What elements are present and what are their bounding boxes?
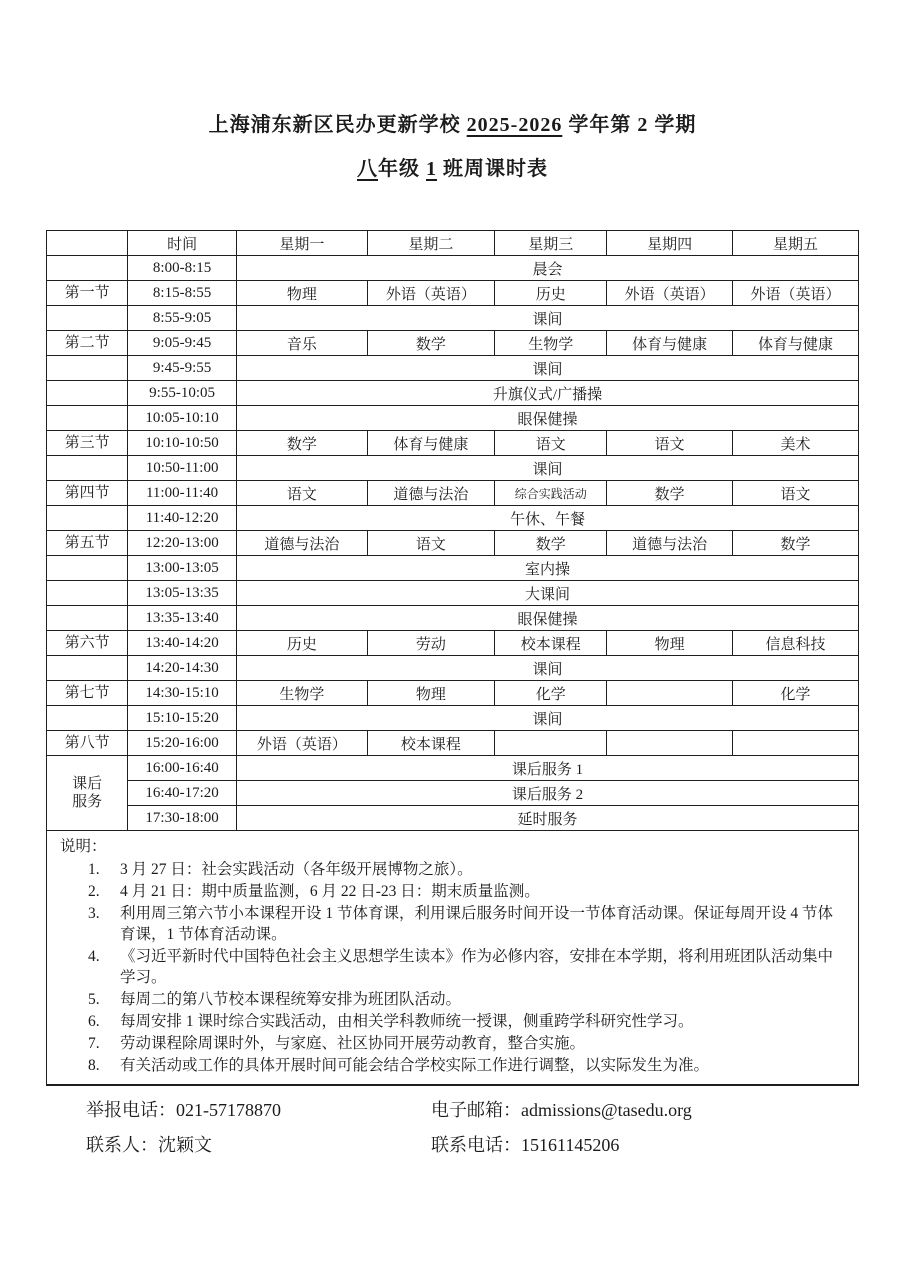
timetable-row: 10:50-11:00课间 — [47, 456, 859, 481]
timetable-row: 第七节14:30-15:10生物学物理化学化学 — [47, 681, 859, 706]
timetable-row: 14:20-14:30课间 — [47, 656, 859, 681]
document-title-line2: 八年级 1 班周课时表 — [46, 156, 859, 182]
time-cell: 9:45-9:55 — [128, 356, 237, 381]
section-cell: 第一节 — [47, 281, 128, 306]
header-cell: 星期四 — [607, 231, 733, 256]
time-cell: 13:40-14:20 — [128, 631, 237, 656]
subject-cell: 综合实践活动 — [495, 481, 607, 506]
merged-activity-cell: 晨会 — [236, 256, 858, 281]
subject-cell: 音乐 — [236, 331, 367, 356]
time-cell: 12:20-13:00 — [128, 531, 237, 556]
timetable-row: 10:05-10:10眼保健操 — [47, 406, 859, 431]
header-cell — [47, 231, 128, 256]
section-cell — [47, 256, 128, 281]
timetable-row: 第二节9:05-9:45音乐数学生物学体育与健康体育与健康 — [47, 331, 859, 356]
title-underlined-grade: 八 — [357, 158, 378, 180]
time-cell: 14:20-14:30 — [128, 656, 237, 681]
note-text: 利用周三第六节小本课程开设 1 节体育课，利用课后服务时间开设一节体育活动课。保… — [120, 903, 848, 945]
timetable-row: 13:00-13:05室内操 — [47, 556, 859, 581]
timetable-row: 第六节13:40-14:20历史劳动校本课程物理信息科技 — [47, 631, 859, 656]
merged-activity-cell: 眼保健操 — [236, 606, 858, 631]
section-cell — [47, 356, 128, 381]
contact-info: 举报电话：021-57178870 电子邮箱：admissions@tasedu… — [46, 1094, 859, 1162]
time-cell: 10:10-10:50 — [128, 431, 237, 456]
weekly-timetable: 时间星期一星期二星期三星期四星期五 8:00-8:15晨会第一节8:15-8:5… — [46, 230, 859, 1086]
time-cell: 14:30-15:10 — [128, 681, 237, 706]
subject-cell: 生物学 — [236, 681, 367, 706]
contact-person: 联系人：沈颖文 — [86, 1129, 431, 1162]
contact-person-value: 沈颖文 — [158, 1135, 212, 1155]
time-cell: 8:15-8:55 — [128, 281, 237, 306]
timetable-row: 课后 服务16:00-16:40课后服务 1 — [47, 756, 859, 781]
document-page: 上海浦东新区民办更新学校 2025-2026 学年第 2 学期 八年级 1 班周… — [0, 0, 905, 1162]
subject-cell: 道德与法治 — [367, 481, 494, 506]
timetable-row: 第五节12:20-13:00道德与法治语文数学道德与法治数学 — [47, 531, 859, 556]
time-cell: 11:00-11:40 — [128, 481, 237, 506]
timetable-row: 17:30-18:00延时服务 — [47, 806, 859, 831]
subject-cell: 道德与法治 — [607, 531, 733, 556]
subject-cell: 外语（英语） — [607, 281, 733, 306]
section-cell — [47, 506, 128, 531]
note-text: 《习近平新时代中国特色社会主义思想学生读本》作为必修内容，安排在本学期，将利用班… — [120, 946, 848, 988]
subject-cell — [607, 681, 733, 706]
merged-activity-cell: 延时服务 — [236, 806, 858, 831]
subject-cell: 体育与健康 — [367, 431, 494, 456]
time-cell: 16:40-17:20 — [128, 781, 237, 806]
report-phone: 举报电话：021-57178870 — [86, 1094, 431, 1127]
note-number: 5. — [88, 989, 120, 1010]
title-underlined-year: 2025-2026 — [467, 114, 563, 136]
time-cell: 9:05-9:45 — [128, 331, 237, 356]
title-text: 年级 — [378, 158, 426, 180]
notes-list: 1.3 月 27 日：社会实践活动（各年级开展博物之旅）。2.4 月 21 日：… — [60, 859, 848, 1076]
merged-activity-cell: 课间 — [236, 356, 858, 381]
subject-cell: 道德与法治 — [236, 531, 367, 556]
email-label: 电子邮箱： — [431, 1100, 521, 1120]
time-cell: 15:10-15:20 — [128, 706, 237, 731]
section-cell: 第四节 — [47, 481, 128, 506]
subject-cell: 劳动 — [367, 631, 494, 656]
section-cell — [47, 556, 128, 581]
header-cell: 时间 — [128, 231, 237, 256]
email: 电子邮箱：admissions@tasedu.org — [431, 1094, 859, 1127]
section-cell — [47, 606, 128, 631]
time-cell: 15:20-16:00 — [128, 731, 237, 756]
subject-cell: 历史 — [495, 281, 607, 306]
section-cell — [47, 706, 128, 731]
section-cell — [47, 381, 128, 406]
contact-phone-value: 15161145206 — [521, 1135, 619, 1155]
note-text: 4 月 21 日：期中质量监测，6 月 22 日-23 日：期末质量监测。 — [120, 881, 848, 902]
note-number: 2. — [88, 881, 120, 902]
note-text: 3 月 27 日：社会实践活动（各年级开展博物之旅）。 — [120, 859, 848, 880]
time-cell: 13:00-13:05 — [128, 556, 237, 581]
subject-cell: 化学 — [733, 681, 859, 706]
note-number: 4. — [88, 946, 120, 988]
note-number: 8. — [88, 1055, 120, 1076]
subject-cell: 历史 — [236, 631, 367, 656]
title-text: 上海浦东新区民办更新学校 — [209, 114, 467, 136]
section-cell: 课后 服务 — [47, 756, 128, 831]
section-cell: 第六节 — [47, 631, 128, 656]
header-cell: 星期一 — [236, 231, 367, 256]
merged-activity-cell: 课间 — [236, 656, 858, 681]
section-cell — [47, 581, 128, 606]
note-text: 每周二的第八节校本课程统筹安排为班团队活动。 — [120, 989, 848, 1010]
subject-cell: 数学 — [733, 531, 859, 556]
section-cell — [47, 656, 128, 681]
note-item: 1.3 月 27 日：社会实践活动（各年级开展博物之旅）。 — [88, 859, 848, 880]
section-cell: 第三节 — [47, 431, 128, 456]
timetable-row: 15:10-15:20课间 — [47, 706, 859, 731]
merged-activity-cell: 大课间 — [236, 581, 858, 606]
document-title-line1: 上海浦东新区民办更新学校 2025-2026 学年第 2 学期 — [46, 112, 859, 138]
report-phone-label: 举报电话： — [86, 1100, 176, 1120]
subject-cell: 信息科技 — [733, 631, 859, 656]
note-item: 7.劳动课程除周课时外，与家庭、社区协同开展劳动教育，整合实施。 — [88, 1033, 848, 1054]
notes-heading: 说明： — [60, 836, 848, 858]
subject-cell: 数学 — [607, 481, 733, 506]
timetable-row: 第一节8:15-8:55物理外语（英语）历史外语（英语）外语（英语） — [47, 281, 859, 306]
subject-cell: 校本课程 — [367, 731, 494, 756]
time-cell: 13:35-13:40 — [128, 606, 237, 631]
notes-row: 说明： 1.3 月 27 日：社会实践活动（各年级开展博物之旅）。2.4 月 2… — [47, 831, 859, 1086]
subject-cell: 生物学 — [495, 331, 607, 356]
merged-activity-cell: 课间 — [236, 306, 858, 331]
timetable-row: 8:00-8:15晨会 — [47, 256, 859, 281]
timetable-row: 9:45-9:55课间 — [47, 356, 859, 381]
subject-cell: 校本课程 — [495, 631, 607, 656]
subject-cell: 语文 — [733, 481, 859, 506]
merged-activity-cell: 课间 — [236, 706, 858, 731]
subject-cell: 物理 — [236, 281, 367, 306]
section-cell — [47, 306, 128, 331]
subject-cell — [733, 731, 859, 756]
subject-cell: 语文 — [607, 431, 733, 456]
subject-cell — [495, 731, 607, 756]
header-cell: 星期二 — [367, 231, 494, 256]
timetable-row: 第四节11:00-11:40语文道德与法治综合实践活动数学语文 — [47, 481, 859, 506]
merged-activity-cell: 午休、午餐 — [236, 506, 858, 531]
title-underlined-class: 1 — [426, 158, 437, 180]
timetable-row: 16:40-17:20课后服务 2 — [47, 781, 859, 806]
merged-activity-cell: 课后服务 2 — [236, 781, 858, 806]
subject-cell: 体育与健康 — [733, 331, 859, 356]
note-text: 劳动课程除周课时外，与家庭、社区协同开展劳动教育，整合实施。 — [120, 1033, 848, 1054]
note-text: 有关活动或工作的具体开展时间可能会结合学校实际工作进行调整，以实际发生为准。 — [120, 1055, 848, 1076]
subject-cell: 物理 — [367, 681, 494, 706]
subject-cell — [607, 731, 733, 756]
note-item: 2.4 月 21 日：期中质量监测，6 月 22 日-23 日：期末质量监测。 — [88, 881, 848, 902]
section-cell: 第二节 — [47, 331, 128, 356]
title-text: 学年第 2 学期 — [562, 114, 696, 136]
time-cell: 11:40-12:20 — [128, 506, 237, 531]
notes-cell: 说明： 1.3 月 27 日：社会实践活动（各年级开展博物之旅）。2.4 月 2… — [47, 831, 859, 1086]
note-text: 每周安排 1 课时综合实践活动，由相关学科教师统一授课，侧重跨学科研究性学习。 — [120, 1011, 848, 1032]
contact-phone-label: 联系电话： — [431, 1135, 521, 1155]
contact-phone: 联系电话：15161145206 — [431, 1129, 859, 1162]
time-cell: 10:50-11:00 — [128, 456, 237, 481]
time-cell: 9:55-10:05 — [128, 381, 237, 406]
merged-activity-cell: 课间 — [236, 456, 858, 481]
merged-activity-cell: 课后服务 1 — [236, 756, 858, 781]
subject-cell: 数学 — [236, 431, 367, 456]
note-number: 7. — [88, 1033, 120, 1054]
section-cell: 第八节 — [47, 731, 128, 756]
subject-cell: 数学 — [495, 531, 607, 556]
time-cell: 13:05-13:35 — [128, 581, 237, 606]
time-cell: 8:00-8:15 — [128, 256, 237, 281]
time-cell: 17:30-18:00 — [128, 806, 237, 831]
subject-cell: 美术 — [733, 431, 859, 456]
timetable-row: 第三节10:10-10:50数学体育与健康语文语文美术 — [47, 431, 859, 456]
note-number: 3. — [88, 903, 120, 945]
timetable-row: 8:55-9:05课间 — [47, 306, 859, 331]
timetable-row: 9:55-10:05升旗仪式/广播操 — [47, 381, 859, 406]
subject-cell: 外语（英语） — [236, 731, 367, 756]
timetable-row: 13:35-13:40眼保健操 — [47, 606, 859, 631]
section-cell — [47, 406, 128, 431]
section-cell: 第七节 — [47, 681, 128, 706]
table-header-row: 时间星期一星期二星期三星期四星期五 — [47, 231, 859, 256]
merged-activity-cell: 眼保健操 — [236, 406, 858, 431]
subject-cell: 物理 — [607, 631, 733, 656]
note-item: 4.《习近平新时代中国特色社会主义思想学生读本》作为必修内容，安排在本学期，将利… — [88, 946, 848, 988]
email-value: admissions@tasedu.org — [521, 1100, 692, 1120]
timetable-row: 第八节15:20-16:00外语（英语）校本课程 — [47, 731, 859, 756]
subject-cell: 语文 — [367, 531, 494, 556]
subject-cell: 语文 — [236, 481, 367, 506]
note-item: 6.每周安排 1 课时综合实践活动，由相关学科教师统一授课，侧重跨学科研究性学习… — [88, 1011, 848, 1032]
title-text: 班周课时表 — [437, 158, 548, 180]
subject-cell: 外语（英语） — [367, 281, 494, 306]
note-item: 3.利用周三第六节小本课程开设 1 节体育课，利用课后服务时间开设一节体育活动课… — [88, 903, 848, 945]
note-number: 6. — [88, 1011, 120, 1032]
time-cell: 8:55-9:05 — [128, 306, 237, 331]
report-phone-value: 021-57178870 — [176, 1100, 281, 1120]
timetable-row: 13:05-13:35大课间 — [47, 581, 859, 606]
note-number: 1. — [88, 859, 120, 880]
time-cell: 10:05-10:10 — [128, 406, 237, 431]
subject-cell: 外语（英语） — [733, 281, 859, 306]
subject-cell: 数学 — [367, 331, 494, 356]
section-cell — [47, 456, 128, 481]
subject-cell: 语文 — [495, 431, 607, 456]
subject-cell: 体育与健康 — [607, 331, 733, 356]
merged-activity-cell: 室内操 — [236, 556, 858, 581]
merged-activity-cell: 升旗仪式/广播操 — [236, 381, 858, 406]
header-cell: 星期三 — [495, 231, 607, 256]
subject-cell: 化学 — [495, 681, 607, 706]
timetable-row: 11:40-12:20午休、午餐 — [47, 506, 859, 531]
header-cell: 星期五 — [733, 231, 859, 256]
note-item: 5.每周二的第八节校本课程统筹安排为班团队活动。 — [88, 989, 848, 1010]
time-cell: 16:00-16:40 — [128, 756, 237, 781]
contact-person-label: 联系人： — [86, 1135, 158, 1155]
section-cell: 第五节 — [47, 531, 128, 556]
note-item: 8.有关活动或工作的具体开展时间可能会结合学校实际工作进行调整，以实际发生为准。 — [88, 1055, 848, 1076]
